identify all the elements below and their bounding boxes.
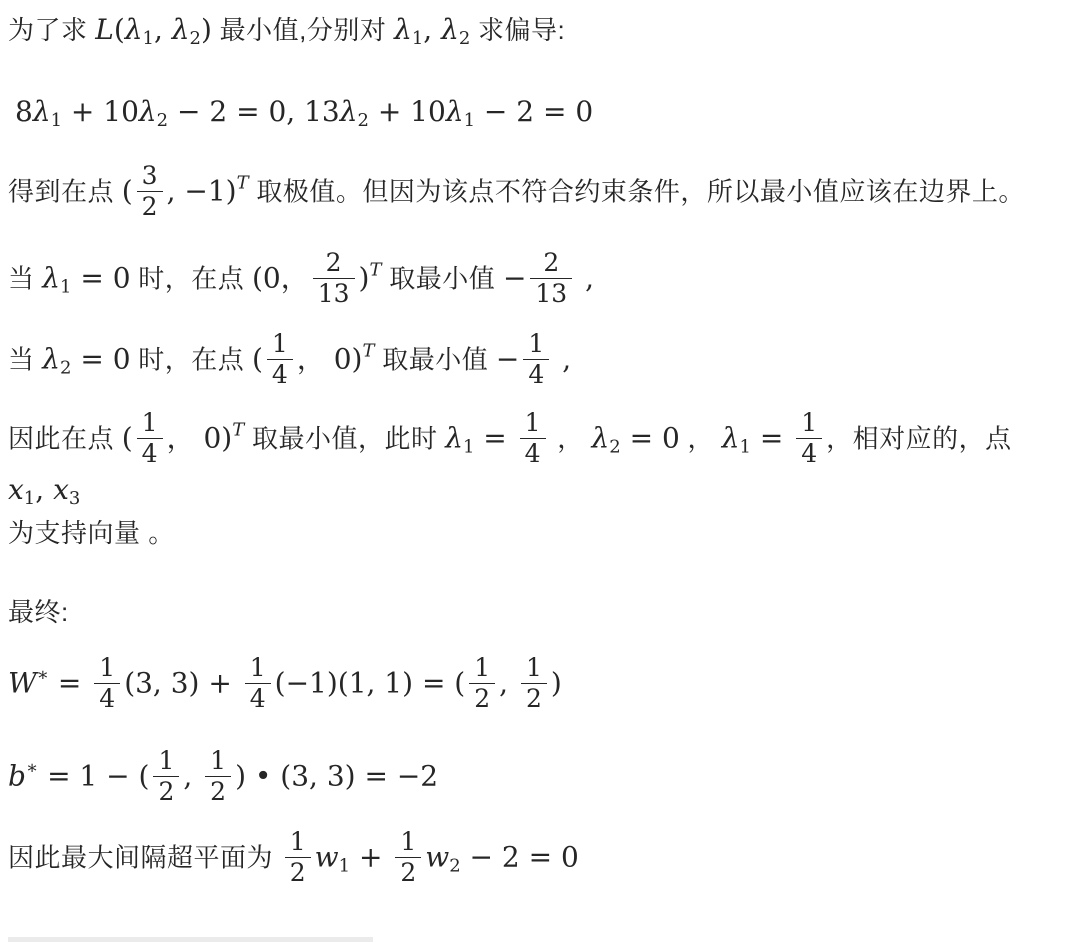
fraction-denominator: 4 [796, 438, 822, 468]
fraction-denominator: 4 [520, 438, 546, 468]
fraction: 14 [796, 409, 822, 468]
chinese-text: ， [550, 424, 592, 454]
fraction: 32 [137, 162, 163, 221]
math-text: ， 0) [297, 343, 363, 376]
fraction-numerator: 1 [523, 330, 549, 359]
math-variable: λ [33, 95, 51, 128]
fraction: 12 [153, 747, 179, 806]
math-variable: λ [441, 13, 459, 46]
fraction-numerator: 1 [245, 654, 271, 683]
math-variable: w [315, 841, 339, 874]
math-text: ) [201, 13, 212, 46]
subscript: 1 [60, 277, 71, 298]
math-text: ( [122, 175, 133, 208]
fraction-numerator: 1 [469, 654, 495, 683]
superscript: T [362, 341, 374, 362]
text-line-b-star-equation: b∗ = 1 − (12, 12) • (3, 3) = −2 [8, 752, 1054, 811]
fraction-numerator: 1 [137, 409, 163, 438]
fraction: 14 [137, 409, 163, 468]
math-text: ( [122, 422, 133, 455]
superscript: ∗ [37, 665, 49, 686]
math-variable: λ [592, 422, 610, 455]
fraction-denominator: 2 [205, 776, 231, 806]
document-body: 为了求 L(λ1, λ2) 最小值,分别对 λ1, λ2 求偏导:8λ1 + 1… [0, 0, 1080, 892]
fraction: 12 [469, 654, 495, 713]
fraction: 14 [520, 409, 546, 468]
fraction-numerator: 1 [94, 654, 120, 683]
fraction: 12 [521, 654, 547, 713]
math-variable: λ [446, 95, 464, 128]
fraction: 213 [313, 249, 355, 308]
math-text: = 0 [71, 262, 130, 295]
text-line-partial-derivatives-equation: 8λ1 + 10λ2 − 2 = 0, 13λ2 + 10λ1 − 2 = 0 [8, 95, 1054, 131]
chinese-text: 时，在点 [131, 345, 252, 375]
bottom-edge-artifact [8, 937, 373, 942]
fraction-denominator: 2 [285, 857, 311, 887]
fraction-denominator: 4 [137, 438, 163, 468]
math-variable: λ [42, 343, 60, 376]
fraction-numerator: 1 [153, 747, 179, 776]
chinese-text: 取最小值 [381, 264, 502, 294]
math-text: , [423, 13, 441, 46]
math-text: ) [359, 262, 370, 295]
math-text: , [576, 262, 594, 295]
text-line-support-vectors: 为支持向量 。 [8, 513, 1054, 550]
subscript: 1 [24, 488, 35, 509]
math-variable: λ [125, 13, 143, 46]
math-variable: x [8, 473, 24, 506]
fraction-denominator: 4 [94, 683, 120, 713]
fraction-numerator: 2 [530, 249, 572, 278]
math-text: ) • (3, 3) = −2 [235, 760, 438, 793]
fraction-denominator: 2 [137, 191, 163, 221]
fraction-numerator: 3 [137, 162, 163, 191]
subscript: 2 [609, 437, 620, 458]
text-line-case-lambda2-zero: 当 λ2 = 0 时，在点 (14， 0)T 取最小值 −14 , [8, 335, 1054, 394]
fraction-numerator: 1 [796, 409, 822, 438]
fraction-numerator: 1 [395, 828, 421, 857]
math-variable: b [8, 760, 26, 793]
text-line-case-lambda1-zero: 当 λ1 = 0 时，在点 (0，213)T 取最小值 −213 , [8, 254, 1054, 313]
math-text: − [503, 262, 526, 295]
math-text: − 2 = 0 [475, 95, 593, 128]
subscript: 1 [51, 110, 62, 131]
text-line-w-star-equation: W∗ = 14(3, 3) + 14(−1)(1, 1) = (12, 12) [8, 659, 1054, 718]
chinese-text: 取极值。但因为该点不符合约束条件，所以最小值应该在边界上。 [249, 177, 1025, 207]
math-text: = 0 [621, 422, 680, 455]
math-text: = [49, 667, 90, 700]
chinese-text: ， [680, 424, 722, 454]
fraction: 14 [267, 330, 293, 389]
chinese-text: 为支持向量 。 [8, 518, 175, 548]
math-text: = 0 [71, 343, 130, 376]
math-text: ) [551, 667, 562, 700]
fraction-numerator: 1 [267, 330, 293, 359]
fraction-denominator: 4 [245, 683, 271, 713]
math-text: , [499, 667, 517, 700]
math-text: = [751, 422, 792, 455]
fraction: 14 [245, 654, 271, 713]
subscript: 2 [157, 110, 168, 131]
math-text: − [496, 343, 519, 376]
chinese-text: ，相对应的，点 [826, 424, 1012, 454]
chinese-text: 最终: [8, 597, 69, 627]
chinese-text: 当 [8, 264, 42, 294]
fraction: 14 [94, 654, 120, 713]
math-variable: λ [139, 95, 157, 128]
chinese-text: 取最小值，此时 [244, 424, 445, 454]
fraction-denominator: 13 [530, 278, 572, 308]
math-variable: λ [445, 422, 463, 455]
text-line-conclusion-minimum: 因此在点 (14， 0)T 取最小值，此时 λ1 = 14 ， λ2 = 0 ，… [8, 414, 1054, 509]
chinese-text: 为了求 [8, 15, 95, 45]
subscript: 1 [464, 110, 475, 131]
subscript: 2 [60, 358, 71, 379]
fraction-denominator: 2 [469, 683, 495, 713]
superscript: T [237, 173, 249, 194]
text-line-extremum-point: 得到在点 (32, −1)T 取极值。但因为该点不符合约束条件，所以最小值应该在… [8, 167, 1054, 226]
superscript: T [369, 260, 381, 281]
math-text: + [350, 841, 391, 874]
fraction: 14 [523, 330, 549, 389]
fraction-denominator: 2 [521, 683, 547, 713]
chinese-text: 因此在点 [8, 424, 122, 454]
math-text: , [154, 13, 172, 46]
math-text: − 2 = 0 [461, 841, 579, 874]
fraction-denominator: 13 [313, 278, 355, 308]
subscript: 2 [357, 110, 368, 131]
chinese-text: 求偏导: [470, 15, 565, 45]
chinese-text: 得到在点 [8, 177, 122, 207]
fraction-denominator: 4 [523, 359, 549, 389]
fraction-numerator: 2 [313, 249, 355, 278]
math-variable: W [8, 667, 37, 700]
fraction: 213 [530, 249, 572, 308]
math-text: (−1)(1, 1) = ( [275, 667, 466, 700]
fraction-denominator: 2 [153, 776, 179, 806]
math-text: + 10 [369, 95, 446, 128]
subscript: 1 [740, 437, 751, 458]
math-text: , −1) [167, 175, 237, 208]
subscript: 2 [459, 28, 470, 49]
math-variable: λ [722, 422, 740, 455]
math-text: , [35, 473, 53, 506]
subscript: 1 [143, 28, 154, 49]
subscript: 1 [412, 28, 423, 49]
fraction-denominator: 4 [267, 359, 293, 389]
math-variable: λ [340, 95, 358, 128]
math-text: ( [114, 13, 125, 46]
subscript: 1 [463, 437, 474, 458]
superscript: ∗ [26, 758, 38, 779]
fraction: 12 [205, 747, 231, 806]
math-variable: L [95, 13, 114, 46]
chinese-text: 取最小值 [374, 345, 495, 375]
math-text: − 2 = 0, 13 [168, 95, 340, 128]
math-text: ， 0) [167, 422, 233, 455]
math-text: , [183, 760, 201, 793]
math-variable: w [425, 841, 449, 874]
subscript: 1 [339, 856, 350, 877]
chinese-text: 时，在点 [131, 264, 252, 294]
math-text: ( [252, 343, 263, 376]
math-text: (3, 3) + [124, 667, 241, 700]
math-variable: λ [172, 13, 190, 46]
subscript: 2 [449, 856, 460, 877]
math-text: , [553, 343, 571, 376]
superscript: T [232, 420, 244, 441]
fraction-denominator: 2 [395, 857, 421, 887]
math-text: 8 [15, 95, 33, 128]
math-text: + 10 [62, 95, 139, 128]
fraction: 12 [285, 828, 311, 887]
text-line-hyperplane-equation: 因此最大间隔超平面为 12w1 + 12w2 − 2 = 0 [8, 833, 1054, 892]
fraction-numerator: 1 [520, 409, 546, 438]
math-variable: λ [394, 13, 412, 46]
text-line-finally-label: 最终: [8, 592, 1054, 629]
fraction: 12 [395, 828, 421, 887]
subscript: 2 [190, 28, 201, 49]
math-text: (0， [252, 262, 309, 295]
fraction-numerator: 1 [205, 747, 231, 776]
fraction-numerator: 1 [521, 654, 547, 683]
math-variable: x [53, 473, 69, 506]
chinese-text: 最小值,分别对 [212, 15, 394, 45]
subscript: 3 [69, 488, 80, 509]
math-text: = 1 − ( [38, 760, 149, 793]
math-text: = [474, 422, 515, 455]
math-variable: λ [42, 262, 60, 295]
text-line-intro: 为了求 L(λ1, λ2) 最小值,分别对 λ1, λ2 求偏导: [8, 6, 1054, 49]
chinese-text: 当 [8, 345, 42, 375]
fraction-numerator: 1 [285, 828, 311, 857]
chinese-text: 因此最大间隔超平面为 [8, 843, 281, 873]
